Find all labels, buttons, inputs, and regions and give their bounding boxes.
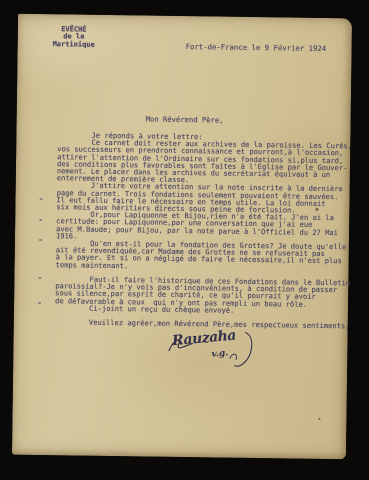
scan-background: EVÊCHÉ de la Martinique Fort-de-France l… <box>0 0 369 480</box>
salutation: Mon Révérend Père, <box>146 114 224 124</box>
letterhead: EVÊCHÉ de la Martinique <box>40 26 108 49</box>
margin-mark <box>39 239 42 241</box>
margin-mark <box>38 302 41 304</box>
dateline: Fort-de-France le 9 Février 1924 <box>186 42 327 53</box>
paper-speck <box>318 418 320 420</box>
letter-paper: EVÊCHÉ de la Martinique Fort-de-France l… <box>12 14 352 460</box>
margin-mark <box>39 198 42 200</box>
signature-note: v.g. <box>211 348 229 359</box>
paper-speck <box>315 208 318 211</box>
margin-mark <box>38 277 41 279</box>
margin-mark <box>39 219 42 221</box>
signature: Rauzaha v.g. <box>157 323 291 383</box>
letterhead-line-3: Martinique <box>40 41 108 49</box>
letter-body: Je réponds à votre lettre: Ce carnet doi… <box>55 131 352 330</box>
